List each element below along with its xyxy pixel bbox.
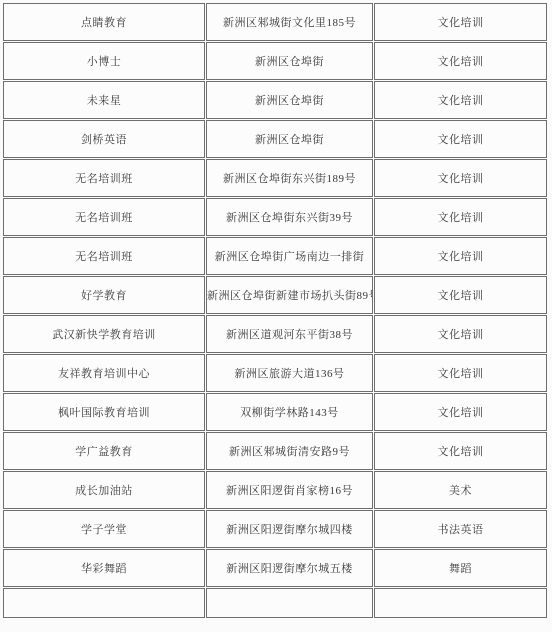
cell-category: 书法英语 xyxy=(374,510,547,548)
cell-address: 新洲区邾城街清安路9号 xyxy=(206,432,373,470)
table-row: 无名培训班新洲区仓埠街东兴街39号文化培训 xyxy=(3,198,547,236)
cell-category: 文化培训 xyxy=(374,3,547,41)
cell-name: 枫叶国际教育培训 xyxy=(3,393,205,431)
table-row: 无名培训班新洲区仓埠街东兴街189号文化培训 xyxy=(3,159,547,197)
table-row: 未来星新洲区仓埠街文化培训 xyxy=(3,81,547,119)
cell-category: 文化培训 xyxy=(374,432,547,470)
cell-category: 文化培训 xyxy=(374,276,547,314)
training-institutions-table: 点睛教育新洲区邾城街文化里185号文化培训小博士新洲区仓埠街文化培训未来星新洲区… xyxy=(2,2,548,619)
cell-name: 学广益教育 xyxy=(3,432,205,470)
cell-name: 学子学堂 xyxy=(3,510,205,548)
table-row: 好学教育新洲区仓埠街新建市场扒头街89号文化培训 xyxy=(3,276,547,314)
cell-address: 新洲区仓埠街 xyxy=(206,42,373,80)
table-row-partial xyxy=(3,588,547,618)
cell-category: 文化培训 xyxy=(374,315,547,353)
cell-address: 新洲区阳逻街摩尔城五楼 xyxy=(206,549,373,587)
cell-category-partial xyxy=(374,588,547,618)
cell-name: 武汉新快学教育培训 xyxy=(3,315,205,353)
cell-name: 无名培训班 xyxy=(3,198,205,236)
cell-address-partial xyxy=(206,588,373,618)
cell-address: 新洲区旅游大道136号 xyxy=(206,354,373,392)
cell-address: 新洲区仓埠街新建市场扒头街89号 xyxy=(206,276,373,314)
table-row: 友祥教育培训中心新洲区旅游大道136号文化培训 xyxy=(3,354,547,392)
cell-address: 新洲区道观河东平街38号 xyxy=(206,315,373,353)
cell-name-partial xyxy=(3,588,205,618)
cell-name: 点睛教育 xyxy=(3,3,205,41)
cell-address: 新洲区仓埠街东兴街189号 xyxy=(206,159,373,197)
cell-address: 双柳街学林路143号 xyxy=(206,393,373,431)
table-row: 剑桥英语新洲区仓埠街文化培训 xyxy=(3,120,547,158)
table-row: 枫叶国际教育培训双柳街学林路143号文化培训 xyxy=(3,393,547,431)
cell-category: 美术 xyxy=(374,471,547,509)
cell-category: 文化培训 xyxy=(374,159,547,197)
cell-address: 新洲区仓埠街广场南边一排街 xyxy=(206,237,373,275)
cell-address: 新洲区仓埠街 xyxy=(206,120,373,158)
cell-name: 小博士 xyxy=(3,42,205,80)
cell-name: 成长加油站 xyxy=(3,471,205,509)
table-row: 学广益教育新洲区邾城街清安路9号文化培训 xyxy=(3,432,547,470)
cell-address: 新洲区仓埠街 xyxy=(206,81,373,119)
cell-name: 未来星 xyxy=(3,81,205,119)
cell-category: 舞蹈 xyxy=(374,549,547,587)
cell-name: 无名培训班 xyxy=(3,237,205,275)
table-row: 点睛教育新洲区邾城街文化里185号文化培训 xyxy=(3,3,547,41)
cell-address: 新洲区仓埠街东兴街39号 xyxy=(206,198,373,236)
table-row: 学子学堂新洲区阳逻街摩尔城四楼书法英语 xyxy=(3,510,547,548)
cell-name: 剑桥英语 xyxy=(3,120,205,158)
table-row: 小博士新洲区仓埠街文化培训 xyxy=(3,42,547,80)
cell-category: 文化培训 xyxy=(374,120,547,158)
cell-name: 友祥教育培训中心 xyxy=(3,354,205,392)
cell-category: 文化培训 xyxy=(374,81,547,119)
cell-name: 华彩舞蹈 xyxy=(3,549,205,587)
table-row: 武汉新快学教育培训新洲区道观河东平街38号文化培训 xyxy=(3,315,547,353)
cell-address: 新洲区阳逻街摩尔城四楼 xyxy=(206,510,373,548)
cell-category: 文化培训 xyxy=(374,198,547,236)
table-row: 成长加油站新洲区阳逻街肖家榜16号美术 xyxy=(3,471,547,509)
directory-page: 点睛教育新洲区邾城街文化里185号文化培训小博士新洲区仓埠街文化培训未来星新洲区… xyxy=(0,0,552,632)
cell-category: 文化培训 xyxy=(374,42,547,80)
cell-category: 文化培训 xyxy=(374,393,547,431)
table-row: 华彩舞蹈新洲区阳逻街摩尔城五楼舞蹈 xyxy=(3,549,547,587)
cell-name: 无名培训班 xyxy=(3,159,205,197)
cell-address: 新洲区邾城街文化里185号 xyxy=(206,3,373,41)
table-body: 点睛教育新洲区邾城街文化里185号文化培训小博士新洲区仓埠街文化培训未来星新洲区… xyxy=(3,3,547,618)
cell-address: 新洲区阳逻街肖家榜16号 xyxy=(206,471,373,509)
cell-category: 文化培训 xyxy=(374,237,547,275)
cell-category: 文化培训 xyxy=(374,354,547,392)
cell-name: 好学教育 xyxy=(3,276,205,314)
table-row: 无名培训班新洲区仓埠街广场南边一排街文化培训 xyxy=(3,237,547,275)
